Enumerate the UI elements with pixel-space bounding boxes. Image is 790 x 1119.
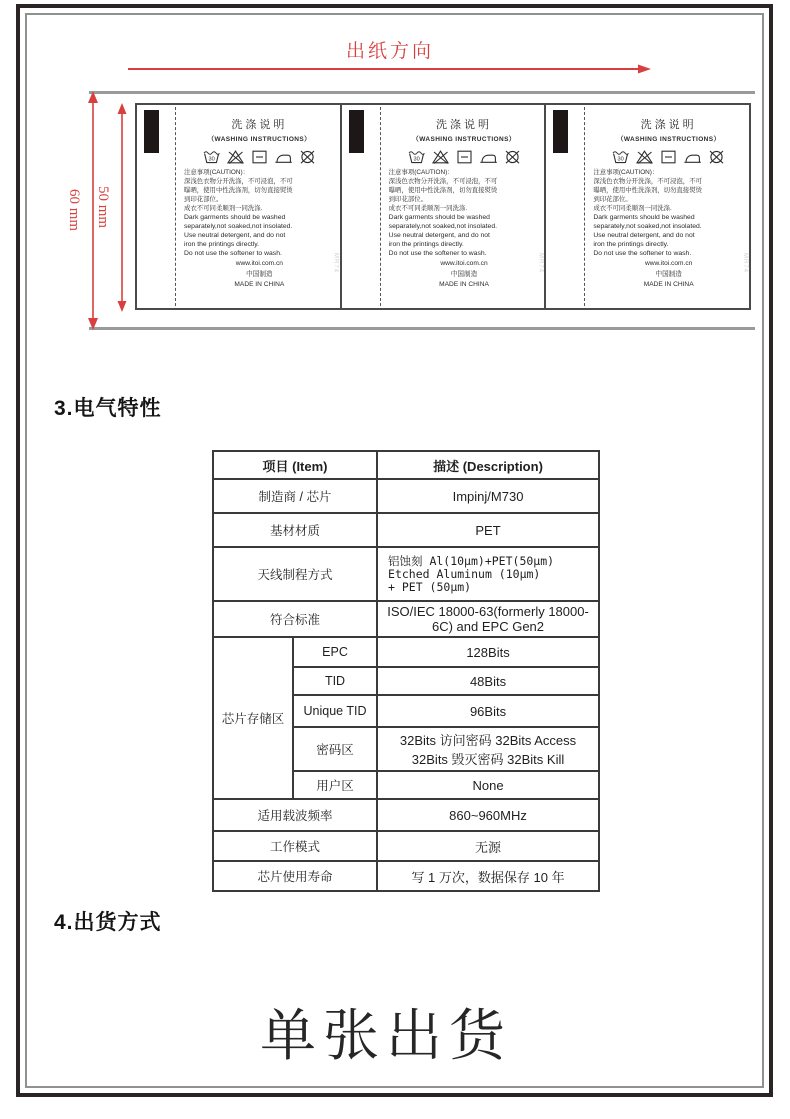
caution-line: 成衣不可同柔顺剂一同洗涤. <box>184 204 337 213</box>
caution-line: 到印花部位。 <box>389 195 542 204</box>
cell-desc: 铝蚀刻 Al(10μm)+PET(50μm) Etched Aluminum (… <box>377 547 599 601</box>
caution-text-block: 注意事项(CAUTION)： 深浅色衣物分开洗涤，不可浸泡，不可 曝晒，使用中性… <box>387 168 542 258</box>
cell-item: 工作模式 <box>213 831 377 861</box>
cell-desc: None <box>377 771 599 799</box>
caution-line-en: separately,not soaked,not insolated. <box>184 222 337 231</box>
cell-desc: 860~960MHz <box>377 799 599 831</box>
label-made-in-en: MADE IN CHINA <box>182 280 337 290</box>
do-not-bleach-icon <box>431 148 450 164</box>
do-not-dryclean-icon <box>503 148 522 164</box>
caution-line: 曝晒，使用中性洗涤剂，切勿直接熨烫 <box>184 186 337 195</box>
do-not-dryclean-icon <box>298 148 317 164</box>
caution-line-en: iron the printings directly. <box>389 240 542 249</box>
wash-30-icon: 30 <box>611 148 630 164</box>
caution-line: 到印花部位。 <box>593 195 746 204</box>
cell-desc: 写 1 万次，数据保存 10 年 <box>377 861 599 891</box>
caution-line-en: separately,not soaked,not insolated. <box>593 222 746 231</box>
svg-text:30: 30 <box>413 156 419 162</box>
label-subtitle: （WASHING INSTRUCTIONS） <box>387 134 542 143</box>
sensor-mark-rect <box>553 110 568 153</box>
cell-item: 制造商 / 芯片 <box>213 479 377 513</box>
washing-label: 洗涤说明 （WASHING INSTRUCTIONS） 30 <box>137 105 340 308</box>
wash-30-icon: 30 <box>407 148 426 164</box>
caution-line-en: Dark garments should be washed <box>184 213 337 222</box>
cut-dashed-line <box>380 107 381 306</box>
label-title: 洗涤说明 <box>182 116 337 132</box>
caution-line-en: Do not use the softener to wash. <box>184 249 337 258</box>
label-subtitle: （WASHING INSTRUCTIONS） <box>591 134 746 143</box>
col-header-description: 描述 (Description) <box>377 451 599 479</box>
sensor-mark-rect <box>349 110 364 153</box>
desc-line: Etched Aluminum (10μm) <box>388 568 594 581</box>
dimension-label-50mm: 50 mm <box>91 177 111 237</box>
caution-line: 注意事项(CAUTION)： <box>389 168 542 177</box>
care-symbols-row: 30 <box>182 148 337 164</box>
caution-line: 注意事项(CAUTION)： <box>184 168 337 177</box>
cell-subitem: 用户区 <box>293 771 377 799</box>
label-title: 洗涤说明 <box>591 116 746 132</box>
cell-item: 天线制程方式 <box>213 547 377 601</box>
cell-item: 符合标准 <box>213 601 377 637</box>
dry-flat-icon <box>455 148 474 164</box>
iron-icon <box>479 148 498 164</box>
cell-desc: Impinj/M730 <box>377 479 599 513</box>
cell-desc: 96Bits <box>377 695 599 727</box>
cell-subitem: TID <box>293 667 377 695</box>
dimension-label-60mm: 60 mm <box>62 180 82 240</box>
caution-line: 到印花部位。 <box>184 195 337 204</box>
label-website: www.itoi.com.cn <box>591 259 746 269</box>
caution-line-en: iron the printings directly. <box>184 240 337 249</box>
dry-flat-icon <box>250 148 269 164</box>
caution-line-en: iron the printings directly. <box>593 240 746 249</box>
cell-item: 芯片存储区 <box>213 637 293 799</box>
washing-label: 洗涤说明 （WASHING INSTRUCTIONS） 30 <box>544 105 749 308</box>
caution-line-en: separately,not soaked,not insolated. <box>389 222 542 231</box>
caution-line: 成衣不可同柔顺剂一同洗涤. <box>593 204 746 213</box>
liner-top-edge <box>89 91 755 94</box>
caution-text-block: 注意事项(CAUTION)： 深浅色衣物分开洗涤，不可浸泡，不可 曝晒，使用中性… <box>591 168 746 258</box>
caution-text-block: 注意事项(CAUTION)： 深浅色衣物分开洗涤，不可浸泡，不可 曝晒，使用中性… <box>182 168 337 258</box>
label-body: 洗涤说明 （WASHING INSTRUCTIONS） 30 <box>182 116 337 290</box>
caution-line: 深浅色衣物分开洗涤，不可浸泡，不可 <box>593 177 746 186</box>
care-symbols-row: 30 <box>591 148 746 164</box>
caution-line: 曝晒，使用中性洗涤剂，切勿直接熨烫 <box>593 186 746 195</box>
label-made-in-en: MADE IN CHINA <box>387 280 542 290</box>
section-4-heading: 4.出货方式 <box>54 906 162 936</box>
label-made-in-cn: 中国制造 <box>591 270 746 280</box>
caution-line-en: Use neutral detergent, and do not <box>593 231 746 240</box>
label-website: www.itoi.com.cn <box>182 259 337 269</box>
svg-text:30: 30 <box>208 156 214 162</box>
section-3-heading: 3.电气特性 <box>54 392 162 422</box>
caution-line: 深浅色衣物分开洗涤，不可浸泡，不可 <box>184 177 337 186</box>
label-side-code: MR74 <box>537 253 543 273</box>
desc-line: 铝蚀刻 Al(10μm)+PET(50μm) <box>388 555 594 568</box>
caution-line-en: Dark garments should be washed <box>389 213 542 222</box>
do-not-dryclean-icon <box>707 148 726 164</box>
label-website: www.itoi.com.cn <box>387 259 542 269</box>
caution-line-en: Do not use the softener to wash. <box>593 249 746 258</box>
cell-desc: 无源 <box>377 831 599 861</box>
desc-line: 32Bits 访问密码 32Bits Access <box>382 730 594 749</box>
label-title: 洗涤说明 <box>387 116 542 132</box>
cell-item: 芯片使用寿命 <box>213 861 377 891</box>
electrical-spec-table: 项目 (Item) 描述 (Description) 制造商 / 芯片 Impi… <box>212 450 600 892</box>
col-header-item: 项目 (Item) <box>213 451 377 479</box>
wash-30-icon: 30 <box>202 148 221 164</box>
label-made-in-cn: 中国制造 <box>387 270 542 280</box>
do-not-bleach-icon <box>226 148 245 164</box>
caution-line-en: Use neutral detergent, and do not <box>184 231 337 240</box>
dimension-arrow-50mm-icon <box>115 103 129 312</box>
iron-icon <box>683 148 702 164</box>
caution-line: 深浅色衣物分开洗涤，不可浸泡，不可 <box>389 177 542 186</box>
caution-line: 曝晒，使用中性洗涤剂，切勿直接熨烫 <box>389 186 542 195</box>
label-side-code: MR74 <box>333 253 339 273</box>
dry-flat-icon <box>659 148 678 164</box>
cell-desc: 48Bits <box>377 667 599 695</box>
cut-dashed-line <box>175 107 176 306</box>
washing-label: 洗涤说明 （WASHING INSTRUCTIONS） 30 <box>340 105 545 308</box>
liner-bottom-edge <box>89 327 755 330</box>
sensor-mark-rect <box>144 110 159 153</box>
caution-line-en: Use neutral detergent, and do not <box>389 231 542 240</box>
label-body: 洗涤说明 （WASHING INSTRUCTIONS） 30 <box>387 116 542 290</box>
cut-dashed-line <box>584 107 585 306</box>
iron-icon <box>274 148 293 164</box>
cell-desc: ISO/IEC 18000-63(formerly 18000-6C) and … <box>377 601 599 637</box>
caution-line: 注意事项(CAUTION)： <box>593 168 746 177</box>
cell-subitem: 密码区 <box>293 727 377 771</box>
shipping-method-text: 单张出货 <box>86 992 686 1072</box>
care-symbols-row: 30 <box>387 148 542 164</box>
cell-item: 基材材质 <box>213 513 377 547</box>
caution-line-en: Do not use the softener to wash. <box>389 249 542 258</box>
cell-desc: 32Bits 访问密码 32Bits Access 32Bits 毁灭密码 32… <box>377 727 599 771</box>
svg-text:30: 30 <box>618 156 624 162</box>
paper-direction-arrow-icon <box>128 63 652 75</box>
desc-line: + PET (50μm) <box>388 581 594 594</box>
cell-desc: PET <box>377 513 599 547</box>
label-made-in-cn: 中国制造 <box>182 270 337 280</box>
cell-subitem: Unique TID <box>293 695 377 727</box>
label-subtitle: （WASHING INSTRUCTIONS） <box>182 134 337 143</box>
label-body: 洗涤说明 （WASHING INSTRUCTIONS） 30 <box>591 116 746 290</box>
desc-line: 32Bits 毁灭密码 32Bits Kill <box>382 749 594 768</box>
do-not-bleach-icon <box>635 148 654 164</box>
cell-item: 适用载波频率 <box>213 799 377 831</box>
caution-line: 成衣不可同柔顺剂一同洗涤. <box>389 204 542 213</box>
paper-direction-label: 出纸方向 <box>130 36 650 63</box>
label-side-code: MR74 <box>742 253 748 273</box>
labels-strip: 洗涤说明 （WASHING INSTRUCTIONS） 30 <box>135 103 751 310</box>
cell-desc: 128Bits <box>377 637 599 667</box>
spec-document-page: 出纸方向 60 mm 50 mm 洗涤说明 （WASHING INSTRUCTI… <box>0 0 790 1119</box>
label-made-in-en: MADE IN CHINA <box>591 280 746 290</box>
cell-subitem: EPC <box>293 637 377 667</box>
caution-line-en: Dark garments should be washed <box>593 213 746 222</box>
